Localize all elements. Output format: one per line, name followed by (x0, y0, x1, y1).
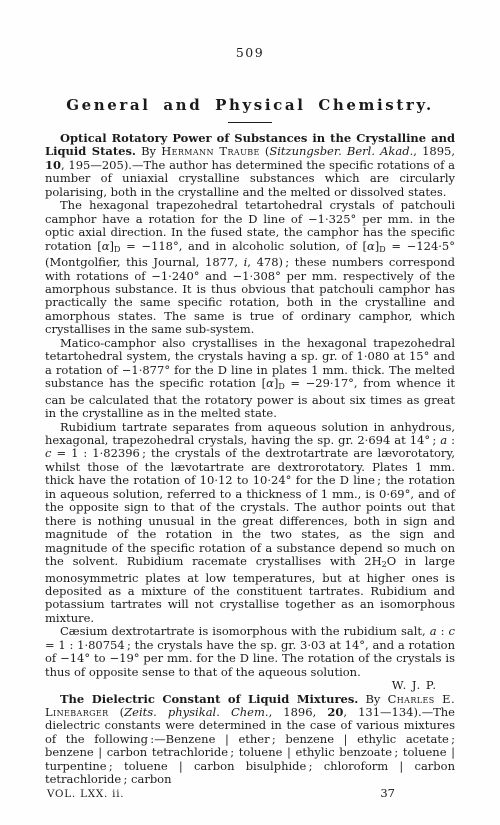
bold-text-run: The Dielectric Constant of Liquid Mixtur… (60, 692, 358, 706)
text-run: ( (109, 705, 125, 719)
page-footer: VOL. LXX. ii. 37 (45, 787, 455, 801)
paragraph: The Dielectric Constant of Liquid Mixtur… (45, 693, 455, 787)
italic-text-run: Sitzungsber. Berl. Akad. (269, 144, 413, 158)
text-run: Rubidium tartrate separates from aqueous… (45, 420, 455, 447)
text-run: = 1 : 1·82396 ; the crystals of the dext… (45, 446, 455, 568)
bold-text-run: 10 (45, 158, 61, 172)
text-run: = 1 : 1·80754 ; the crystals have the sp… (45, 638, 455, 679)
text-run: By (358, 692, 387, 706)
text-run: , 195—205).—The author has determined th… (45, 158, 455, 199)
text-run: ( (260, 144, 270, 158)
footer-volume-label: VOL. LXX. ii. (45, 788, 124, 801)
italic-text-run: Zeits. physikal. Chem. (124, 705, 268, 719)
text-run: , 1895, (413, 144, 455, 158)
italic-text-run: α (367, 239, 375, 253)
articles: Optical Rotatory Power of Substances in … (45, 132, 455, 787)
author-name: Hermann Traube (161, 144, 260, 158)
article: The Dielectric Constant of Liquid Mixtur… (45, 693, 455, 787)
italic-text-run: a (430, 624, 437, 638)
paragraph: Cæsium dextrotartrate is isomorphous wit… (45, 625, 455, 679)
article: Optical Rotatory Power of Substances in … (45, 132, 455, 693)
heading-rule-divider (228, 122, 272, 123)
italic-text-run: c (449, 624, 455, 638)
text-run: Cæsium dextrotartrate is isomorphous wit… (60, 624, 430, 638)
text-run: , 1896, (269, 705, 328, 719)
paragraph: Optical Rotatory Power of Substances in … (45, 132, 455, 199)
journal-page: 509 General and Physical Chemistry. Opti… (0, 0, 500, 825)
text-run: : (447, 433, 455, 447)
text-run: = −118°, and in alcoholic solution, of [ (120, 239, 367, 253)
text-run: By (136, 144, 161, 158)
paragraph: The hexagonal trapezohedral tetartohedra… (45, 199, 455, 337)
section-heading: General and Physical Chemistry. (45, 96, 455, 114)
italic-text-run: α (266, 376, 274, 390)
footer-signature-number: 37 (380, 787, 395, 800)
page-number: 509 (45, 46, 455, 60)
bold-text-run: 20 (327, 705, 343, 719)
text-run: : (437, 624, 449, 638)
paragraph: Matico-camphor also crystallises in the … (45, 337, 455, 421)
abstractor-initials: W. J. P. (45, 679, 455, 692)
paragraph: Rubidium tartrate separates from aqueous… (45, 421, 455, 626)
